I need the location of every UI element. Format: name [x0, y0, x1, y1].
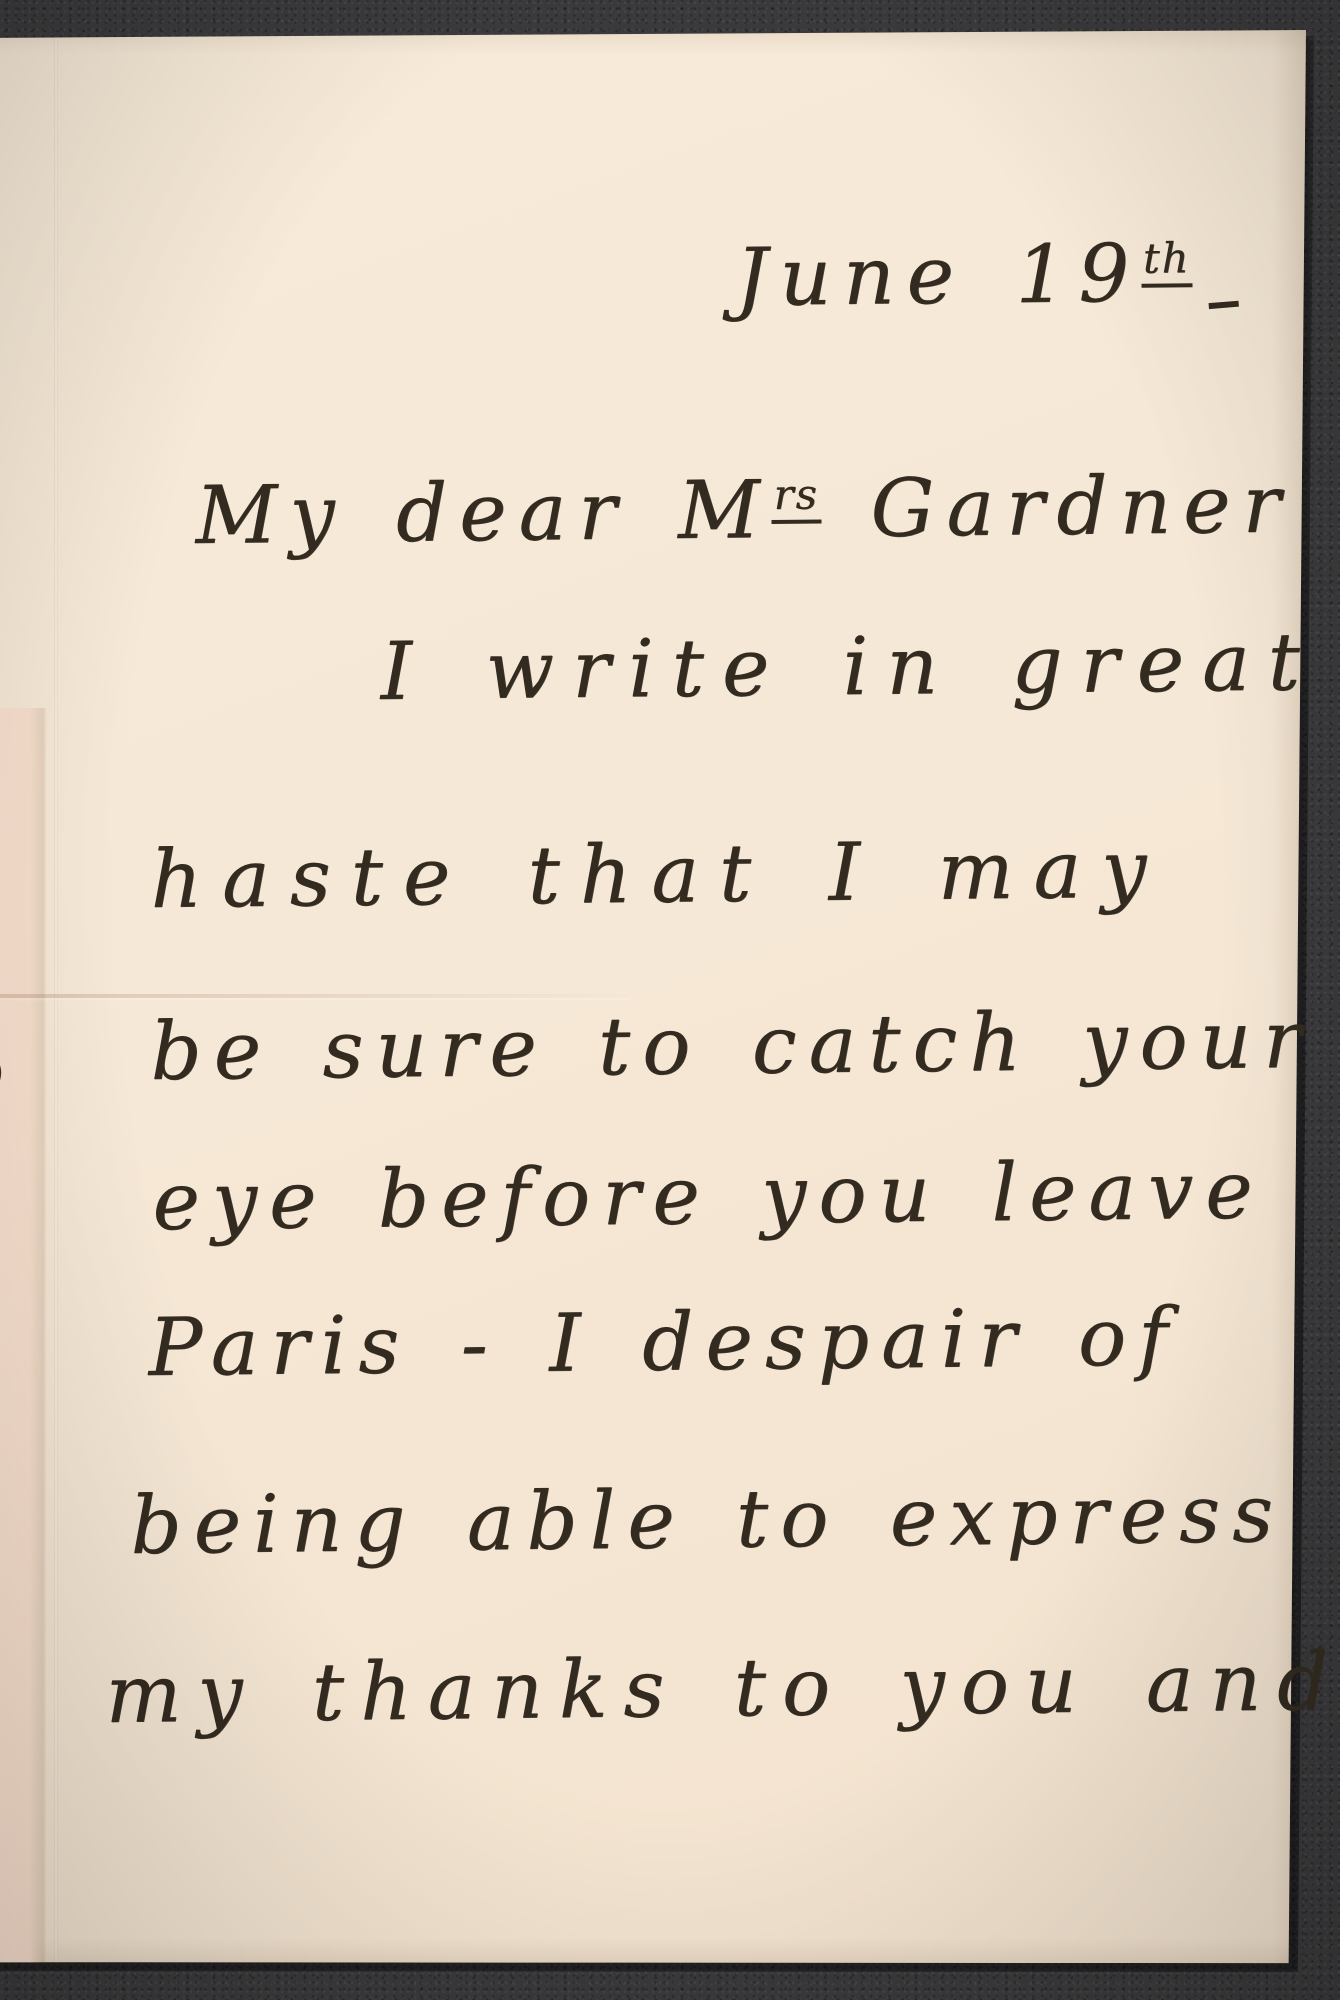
date-underline-dash — [1208, 301, 1238, 309]
body-line-3: be sure to catch your — [150, 1000, 1314, 1092]
date-text: June 19 — [735, 227, 1142, 324]
second-page-edge — [0, 708, 46, 1968]
salutation-superscript: rs — [771, 470, 821, 525]
body-line-5: Paris - I despair of — [148, 1297, 1180, 1388]
salutation-suffix: Gardner . — [821, 457, 1340, 556]
body-line-4: eye before you leave — [152, 1150, 1265, 1242]
body-line-6: being able to express — [130, 1474, 1285, 1566]
salutation-line: My dear Mrs Gardner . — [195, 464, 1340, 556]
body-line-2: haste that I may — [150, 829, 1167, 920]
date-ordinal-superscript: th — [1141, 234, 1193, 289]
salutation-prefix: My dear M — [195, 463, 772, 562]
horizontal-fold-crease — [0, 994, 630, 998]
date-line: June 19th — [735, 233, 1238, 318]
vertical-fold-crease — [54, 28, 58, 1968]
body-line-1: I write in great — [380, 622, 1318, 712]
body-line-7: my thanks to you and — [105, 1642, 1340, 1735]
photo-background: June 19th My dear Mrs Gardner . I write … — [0, 0, 1340, 2000]
